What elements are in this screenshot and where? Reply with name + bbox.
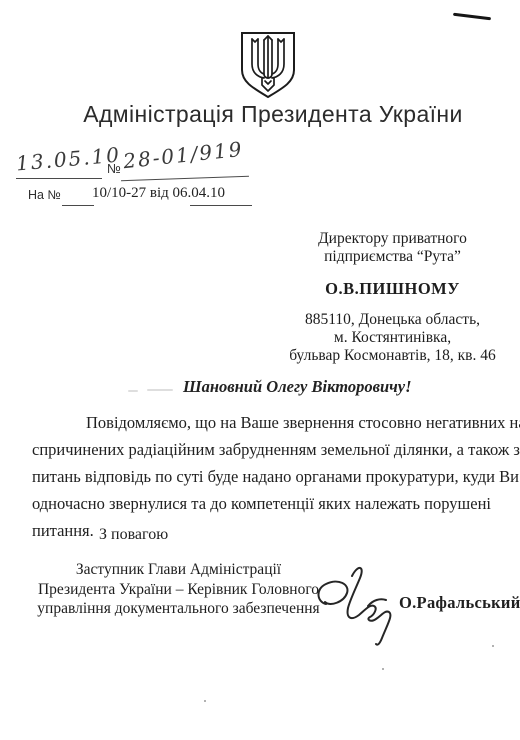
- org-title: Адміністрація Президента України: [26, 101, 520, 128]
- addressee-address-line: м. Костянтинівка,: [285, 329, 500, 347]
- signer-title-line: Заступник Глави Адміністрації: [36, 560, 321, 580]
- signer-title-line: управління документального забезпечення: [36, 599, 321, 619]
- body-line: питань відповідь по суті буде надано орг…: [32, 463, 491, 490]
- form-line: [190, 205, 252, 206]
- body-line: Повідомляємо, що на Ваше звернення стосо…: [32, 409, 491, 436]
- body-line: спричинених радіаційним забрудненням зем…: [32, 436, 491, 463]
- addressee-position-line: підприємства “Рута”: [285, 248, 500, 266]
- body-line: одночасно звернулися та до компетенції я…: [32, 490, 491, 517]
- letter-body: Повідомляємо, що на Ваше звернення стосо…: [32, 409, 491, 517]
- scan-artifact: [382, 668, 384, 670]
- signer-title-block: Заступник Глави Адміністрації Президента…: [36, 560, 321, 619]
- handwritten-signature-icon: [310, 560, 408, 648]
- handwritten-number: 28-01/919: [122, 137, 244, 173]
- scan-artifact: [492, 645, 494, 647]
- form-line: [16, 178, 102, 179]
- handwritten-date: 13.05.10: [15, 142, 122, 175]
- reply-to-value: 10/10-27 від 06.04.10: [92, 185, 225, 202]
- scanned-letter-page: Адміністрація Президента України 13.05.1…: [0, 0, 520, 740]
- closing-phrase: З повагою: [99, 526, 168, 544]
- salutation: Шановний Олегу Вікторовичу!: [183, 377, 412, 397]
- addressee-position-line: Директору приватного: [285, 230, 500, 248]
- number-sign-label: №: [107, 161, 121, 176]
- scan-artifact: [204, 700, 206, 702]
- addressee-address-line: бульвар Космонавтів, 18, кв. 46: [285, 347, 500, 365]
- reply-to-label: На №: [28, 188, 61, 202]
- signer-title-line: Президента України – Керівник Головного: [36, 580, 321, 600]
- form-line: [121, 176, 249, 181]
- scan-artifact: [128, 390, 138, 392]
- addressee-block: Директору приватного підприємства “Рута”…: [285, 230, 500, 365]
- ukraine-trident-emblem-icon: [238, 30, 298, 100]
- form-line: [62, 205, 94, 206]
- addressee-address-line: 885110, Донецька область,: [285, 311, 500, 329]
- scan-artifact: [453, 13, 491, 21]
- signer-name: О.Рафальський: [399, 593, 520, 613]
- addressee-name: О.В.ПИШНОМУ: [285, 280, 500, 298]
- scan-artifact: [147, 389, 173, 391]
